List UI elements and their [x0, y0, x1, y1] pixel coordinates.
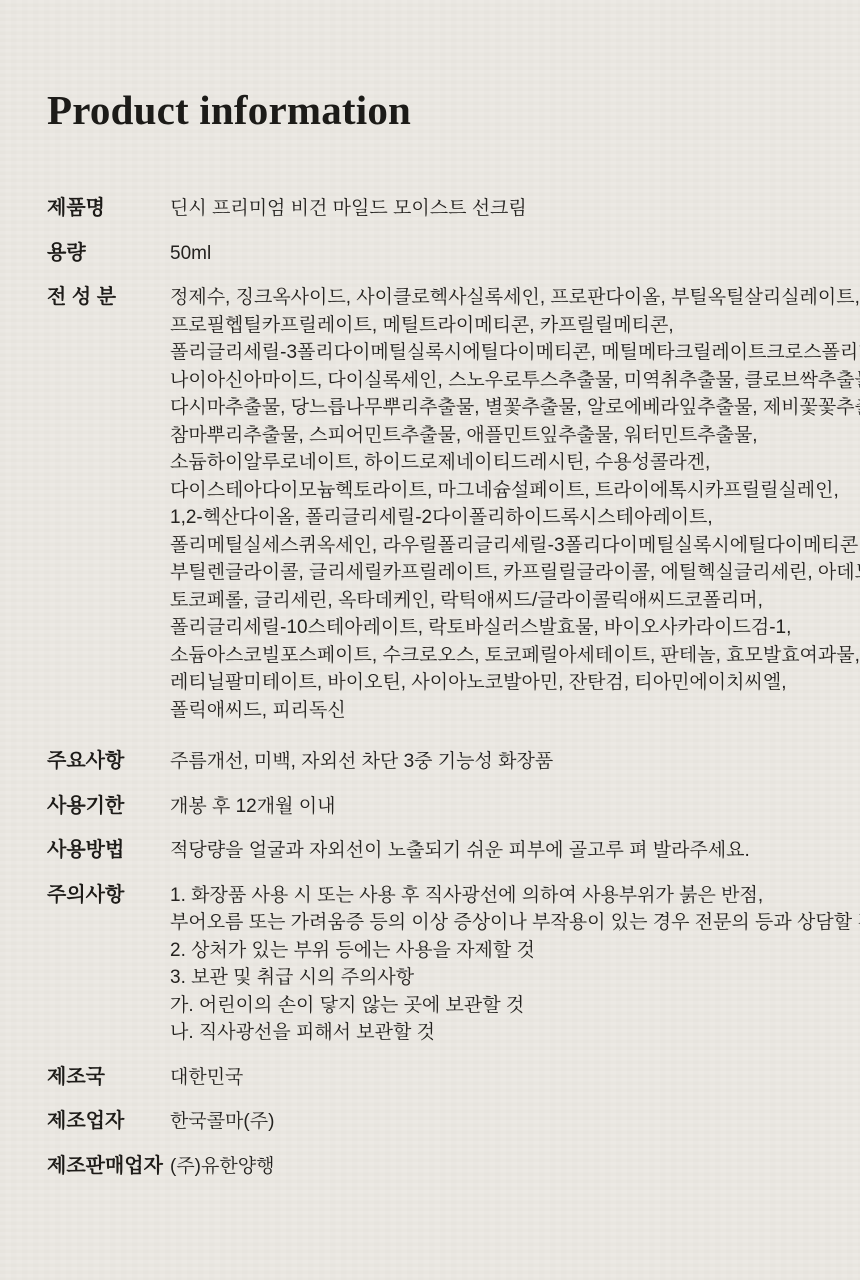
info-row: 제조판매업자(주)유한양행	[47, 1153, 820, 1181]
info-row: 주의사항1. 화장품 사용 시 또는 사용 후 직사광선에 의하여 사용부위가 …	[47, 882, 820, 1047]
value-line: 나. 직사광선을 피해서 보관할 것	[170, 1019, 860, 1047]
product-information-sheet: Product information 제품명딘시 프리미엄 비건 마일드 모이…	[0, 0, 860, 1180]
row-value: (주)유한양행	[170, 1153, 820, 1181]
row-label: 주요사항	[47, 748, 170, 776]
row-value: 정제수, 징크옥사이드, 사이클로헥사실록세인, 프로판다이올, 부틸옥틸살리실…	[170, 284, 860, 724]
info-row: 사용기한개봉 후 12개월 이내	[47, 793, 820, 821]
value-line: 주름개선, 미백, 자외선 차단 3중 기능성 화장품	[170, 748, 820, 776]
info-row: 사용방법적당량을 얼굴과 자외선이 노출되기 쉬운 피부에 골고루 펴 발라주세…	[47, 837, 820, 865]
value-line: 1,2-헥산다이올, 폴리글리세릴-2다이폴리하이드록시스테아레이트,	[170, 504, 860, 532]
info-row: 제품명딘시 프리미엄 비건 마일드 모이스트 선크림	[47, 195, 820, 223]
page-title: Product information	[47, 88, 820, 133]
value-line: 적당량을 얼굴과 자외선이 노출되기 쉬운 피부에 골고루 펴 발라주세요.	[170, 837, 820, 865]
value-line: (주)유한양행	[170, 1153, 820, 1181]
row-value: 1. 화장품 사용 시 또는 사용 후 직사광선에 의하여 사용부위가 붉은 반…	[170, 882, 860, 1047]
value-line: 개봉 후 12개월 이내	[170, 793, 820, 821]
row-value: 적당량을 얼굴과 자외선이 노출되기 쉬운 피부에 골고루 펴 발라주세요.	[170, 837, 820, 865]
value-line: 딘시 프리미엄 비건 마일드 모이스트 선크림	[170, 195, 820, 223]
row-label: 제조판매업자	[47, 1153, 170, 1181]
row-value: 한국콜마(주)	[170, 1108, 820, 1136]
row-label: 제조국	[47, 1064, 170, 1092]
value-line: 폴리글리세릴-10스테아레이트, 락토바실러스발효물, 바이오사카라이드검-1,	[170, 614, 860, 642]
value-line: 가. 어린이의 손이 닿지 않는 곳에 보관할 것	[170, 992, 860, 1020]
value-line: 레티닐팔미테이트, 바이오틴, 사이아노코발아민, 잔탄검, 티아민에이치씨엘,	[170, 669, 860, 697]
value-line: 2. 상처가 있는 부위 등에는 사용을 자제할 것	[170, 937, 860, 965]
info-row: 제조업자한국콜마(주)	[47, 1108, 820, 1136]
value-line: 폴리메틸실세스퀴옥세인, 라우릴폴리글리세릴-3폴리다이메틸실록시에틸다이메티콘…	[170, 532, 860, 560]
info-row: 전 성 분정제수, 징크옥사이드, 사이클로헥사실록세인, 프로판다이올, 부틸…	[47, 284, 820, 724]
row-value: 개봉 후 12개월 이내	[170, 793, 820, 821]
info-rows: 제품명딘시 프리미엄 비건 마일드 모이스트 선크림용량50ml전 성 분정제수…	[47, 195, 820, 1180]
value-line: 부틸렌글라이콜, 글리세릴카프릴레이트, 카프릴릴글라이콜, 에틸헥실글리세린,…	[170, 559, 860, 587]
row-label: 제조업자	[47, 1108, 170, 1136]
value-line: 부어오름 또는 가려움증 등의 이상 증상이나 부작용이 있는 경우 전문의 등…	[170, 909, 860, 937]
row-value: 50ml	[170, 240, 820, 268]
value-line: 정제수, 징크옥사이드, 사이클로헥사실록세인, 프로판다이올, 부틸옥틸살리실…	[170, 284, 860, 312]
value-line: 한국콜마(주)	[170, 1108, 820, 1136]
row-label: 주의사항	[47, 882, 170, 910]
row-value: 딘시 프리미엄 비건 마일드 모이스트 선크림	[170, 195, 820, 223]
value-line: 50ml	[170, 240, 820, 268]
row-label: 전 성 분	[47, 284, 170, 312]
info-row: 주요사항주름개선, 미백, 자외선 차단 3중 기능성 화장품	[47, 748, 820, 776]
value-line: 폴리글리세릴-3폴리다이메틸실록시에틸다이메티콘, 메틸메타크릴레이트크로스폴리…	[170, 339, 860, 367]
row-label: 사용방법	[47, 837, 170, 865]
row-value: 대한민국	[170, 1064, 820, 1092]
row-label: 사용기한	[47, 793, 170, 821]
value-line: 참마뿌리추출물, 스피어민트추출물, 애플민트잎추출물, 워터민트추출물,	[170, 422, 860, 450]
row-value: 주름개선, 미백, 자외선 차단 3중 기능성 화장품	[170, 748, 820, 776]
value-line: 소듐하이알루로네이트, 하이드로제네이티드레시틴, 수용성콜라겐,	[170, 449, 860, 477]
value-line: 대한민국	[170, 1064, 820, 1092]
info-row: 용량50ml	[47, 240, 820, 268]
value-line: 3. 보관 및 취급 시의 주의사항	[170, 964, 860, 992]
value-line: 1. 화장품 사용 시 또는 사용 후 직사광선에 의하여 사용부위가 붉은 반…	[170, 882, 860, 910]
value-line: 프로필헵틸카프릴레이트, 메틸트라이메티콘, 카프릴릴메티콘,	[170, 312, 860, 340]
value-line: 토코페롤, 글리세린, 옥타데케인, 락틱애씨드/글라이콜릭애씨드코폴리머,	[170, 587, 860, 615]
row-label: 제품명	[47, 195, 170, 223]
value-line: 나이아신아마이드, 다이실록세인, 스노우로투스추출물, 미역취추출물, 클로브…	[170, 367, 860, 395]
value-line: 폴릭애씨드, 피리독신	[170, 697, 860, 725]
value-line: 소듐아스코빌포스페이트, 수크로오스, 토코페릴아세테이트, 판테놀, 효모발효…	[170, 642, 860, 670]
value-line: 다시마추출물, 당느릅나무뿌리추출물, 별꽃추출물, 알로에베라잎추출물, 제비…	[170, 394, 860, 422]
value-line: 다이스테아다이모늄헥토라이트, 마그네슘설페이트, 트라이에톡시카프릴릴실레인,	[170, 477, 860, 505]
row-label: 용량	[47, 240, 170, 268]
info-row: 제조국대한민국	[47, 1064, 820, 1092]
